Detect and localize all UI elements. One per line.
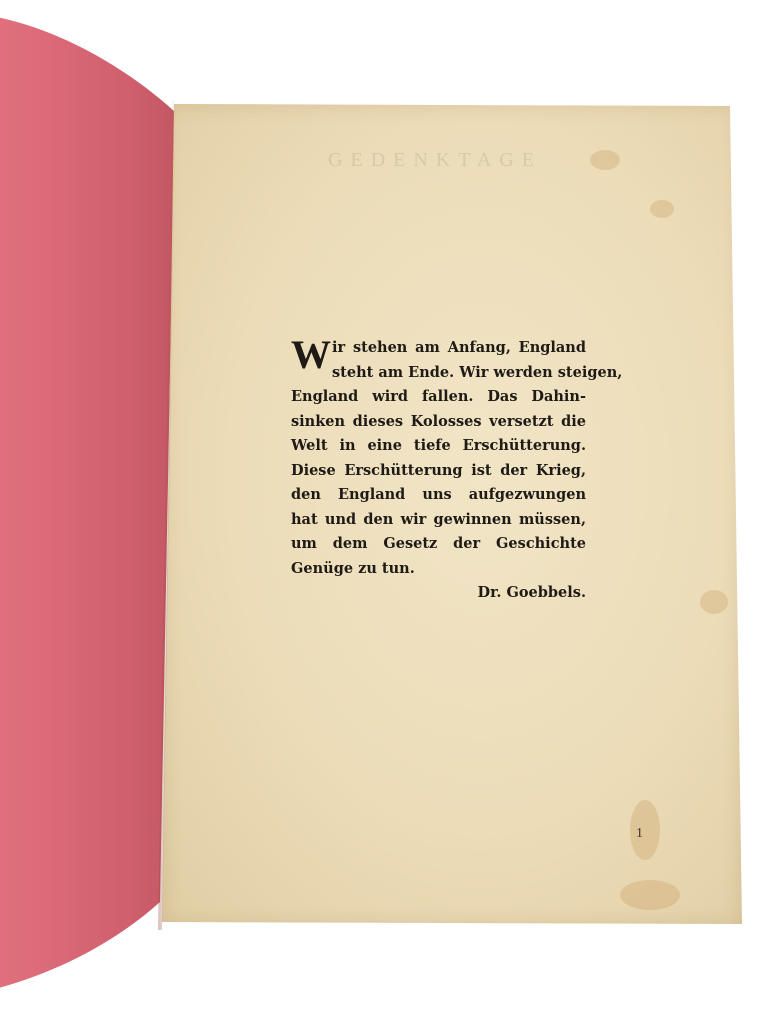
paper-stain (630, 800, 660, 860)
quote-line: ir stehen am Anfang, England (291, 336, 586, 361)
quote-line: sinken dieses Kolosses versetzt die (291, 410, 586, 435)
quote-line: steht am Ende. Wir werden steigen, (291, 361, 586, 386)
quote-line: Genüge zu tun. (291, 557, 586, 582)
quote-line: Welt in eine tiefe Erschütterung. (291, 434, 586, 459)
quote-line: um dem Gesetz der Geschichte (291, 532, 586, 557)
quote-block: W ir stehen am Anfang, England steht am … (291, 336, 586, 581)
paper-stain (590, 150, 620, 170)
paper-stain (620, 880, 680, 910)
pink-cover (0, 12, 175, 1012)
paper-stain (700, 590, 728, 614)
paper-stain (650, 200, 674, 218)
page-number: 1 (636, 826, 643, 842)
quote-line: England wird fallen. Das Dahin- (291, 385, 586, 410)
quote-author: Dr. Goebbels. (400, 584, 586, 601)
quote-line: Diese Erschütterung ist der Krieg, (291, 459, 586, 484)
quote-line: hat und den wir gewinnen müssen, (291, 508, 586, 533)
drop-cap: W (291, 339, 331, 371)
quote-line: den England uns aufgezwungen (291, 483, 586, 508)
